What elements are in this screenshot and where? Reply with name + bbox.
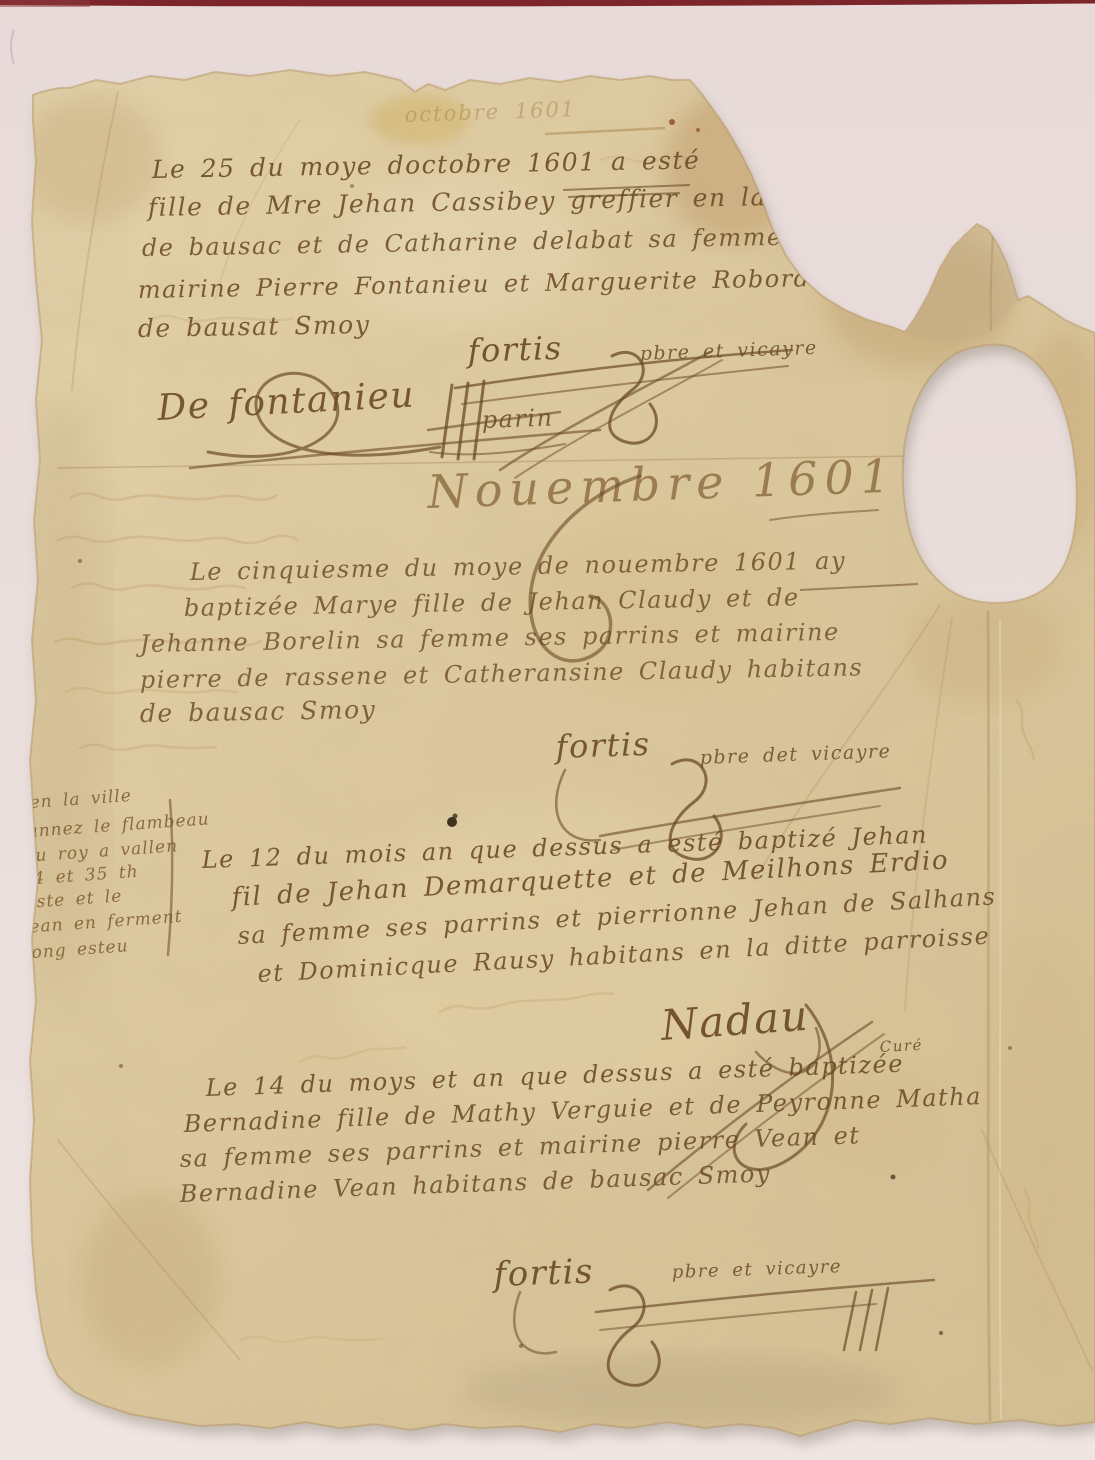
fortis-signature-nov14: fortis xyxy=(490,1252,595,1296)
entry-nov5-line-5: de bausac Smoy xyxy=(140,695,377,728)
entry-october-line-5: de bausat Smoy xyxy=(138,310,371,343)
nadau-signature: Nadau xyxy=(658,991,810,1050)
manuscript-scan: octobre 1601 Le 25 du moye doctobre 1601… xyxy=(0,0,1095,1460)
fortis-signature-october: fortis xyxy=(465,329,563,370)
manuscript-photo: octobre 1601 Le 25 du moye doctobre 1601… xyxy=(0,0,1095,1460)
fortis-signature-nov5: fortis xyxy=(553,725,651,766)
